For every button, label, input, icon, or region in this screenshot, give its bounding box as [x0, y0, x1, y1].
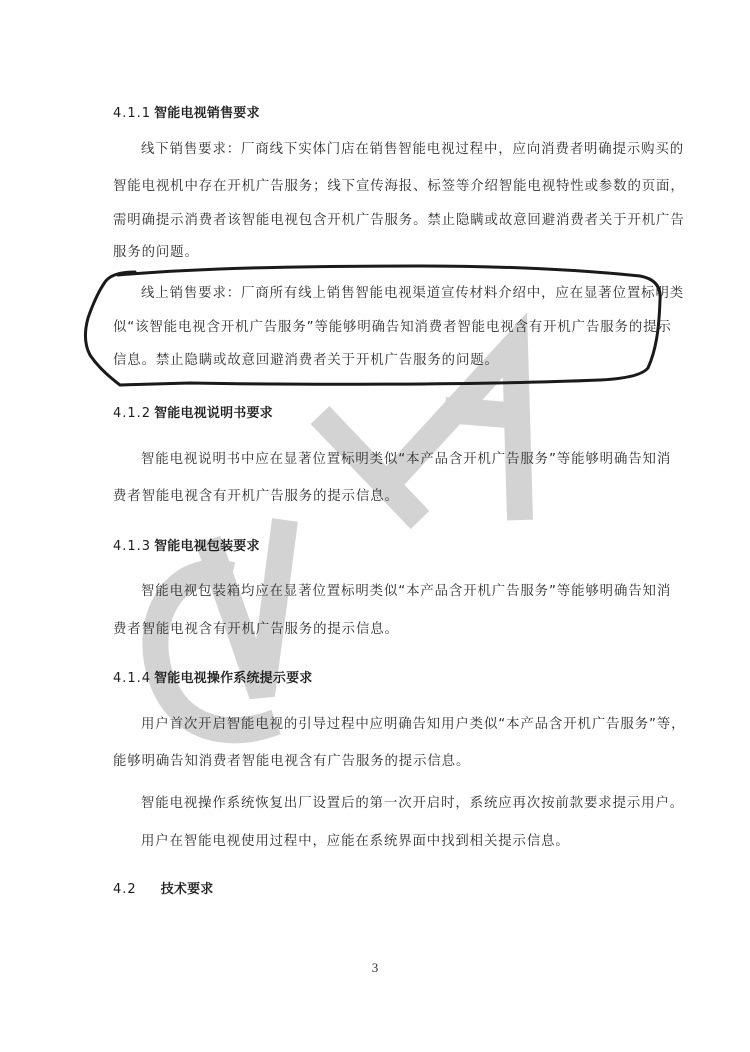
- section-title: 智能电视包装要求: [154, 539, 260, 554]
- paragraph-line: 能够明确告知消费者智能电视含有广告服务的提示信息。: [113, 750, 470, 769]
- paragraph-line: 线下销售要求：厂商线下实体门店在销售智能电视过程中，应向消费者明确提示购买的: [141, 138, 684, 157]
- section-heading-4-1-2: 4.1.2智能电视说明书要求: [113, 402, 273, 421]
- section-title: 智能电视销售要求: [154, 106, 260, 121]
- section-number: 4.2: [113, 882, 137, 897]
- section-number: 4.1.4: [113, 671, 151, 686]
- page-number: 3: [0, 960, 750, 976]
- paragraph-line: 费者智能电视含有开机广告服务的提示信息。: [113, 485, 399, 504]
- paragraph-line: 用户首次开启智能电视的引导过程中应明确告知用户类似“本产品含开机广告服务”等，: [141, 713, 685, 732]
- section-heading-4-2: 4.2技术要求: [113, 878, 214, 897]
- section-heading-4-1-3: 4.1.3智能电视包装要求: [113, 535, 260, 554]
- section-title: 智能电视操作系统提示要求: [154, 671, 312, 686]
- section-heading-4-1-1: 4.1.1智能电视销售要求: [113, 102, 260, 121]
- paragraph-line: 需明确提示消费者该智能电视包含开机广告服务。禁止隐瞒或故意回避消费者关于开机广告: [113, 209, 685, 228]
- paragraph-line: 智能电视说明书中应在显著位置标明类似“本产品含开机广告服务”等能够明确告知消: [141, 448, 671, 467]
- paragraph-line: 智能电视包装箱均应在显著位置标明类似“本产品含开机广告服务”等能够明确告知消: [141, 580, 671, 599]
- paragraph-line: 线上销售要求：厂商所有线上销售智能电视渠道宣传材料介绍中，应在显著位置标明类: [141, 282, 684, 301]
- paragraph-line: 信息。禁止隐瞒或故意回避消费者关于开机广告服务的问题。: [113, 349, 499, 368]
- section-heading-4-1-4: 4.1.4智能电视操作系统提示要求: [113, 667, 312, 686]
- paragraph-line: 智能电视机中存在开机广告服务；线下宣传海报、标签等介绍智能电视特性或参数的页面，: [113, 175, 685, 194]
- paragraph-line: 服务的问题。: [113, 241, 199, 260]
- paragraph-line: 似“该智能电视含开机广告服务”等能够明确告知消费者智能电视含有开机广告服务的提示: [113, 316, 672, 335]
- section-number: 4.1.1: [113, 106, 151, 121]
- section-title: 智能电视说明书要求: [154, 406, 273, 421]
- paragraph-line: 智能电视操作系统恢复出厂设置后的第一次开启时，系统应再次按前款要求提示用户。: [141, 792, 684, 811]
- paragraph-line: 用户在智能电视使用过程中，应能在系统界面中找到相关提示信息。: [141, 830, 570, 849]
- paragraph-line: 费者智能电视含有开机广告服务的提示信息。: [113, 618, 399, 637]
- document-body: 4.1.1智能电视销售要求 线下销售要求：厂商线下实体门店在销售智能电视过程中，…: [0, 0, 750, 1052]
- section-title: 技术要求: [161, 882, 214, 897]
- section-number: 4.1.2: [113, 406, 151, 421]
- section-number: 4.1.3: [113, 539, 151, 554]
- document-page: 4.1.1智能电视销售要求 线下销售要求：厂商线下实体门店在销售智能电视过程中，…: [0, 0, 750, 1052]
